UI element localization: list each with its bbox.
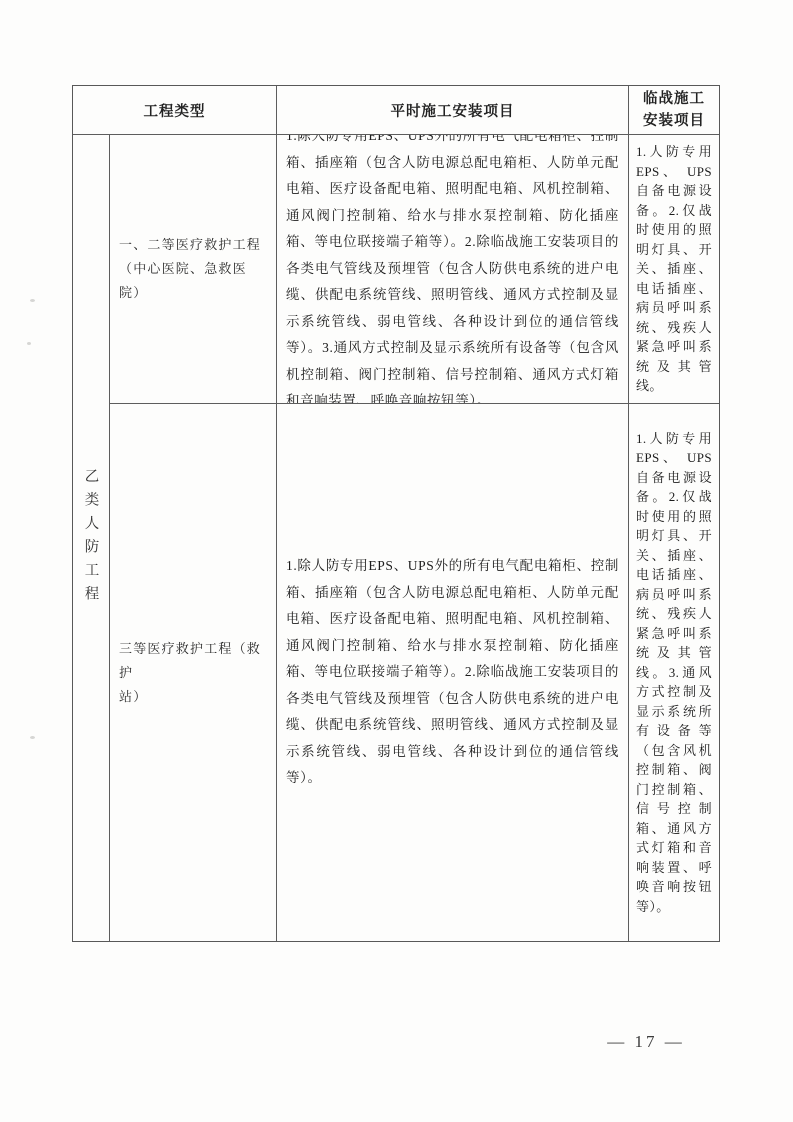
row2-peacetime-items-text: 1.除人防专用EPS、UPS外的所有电气配电箱柜、控制箱、插座箱（包含人防电源总… (286, 553, 619, 792)
row2-peacetime-items-cell: 1.除人防专用EPS、UPS外的所有电气配电箱柜、控制箱、插座箱（包含人防电源总… (277, 404, 629, 941)
category-cell-class-b-civil-defense: 乙类人防工程 (73, 135, 110, 941)
row1-peacetime-items-cell: 1.除人防专用EPS、UPS外的所有电气配电箱柜、控制箱、插座箱（包含人防电源总… (277, 135, 629, 404)
installation-items-table: 工程类型 平时施工安装项目 临战施工安装项目 乙类人防工程 一、二等医疗救护工程… (72, 85, 720, 942)
category-vertical-label: 乙类人防工程 (81, 468, 102, 609)
header-project-type: 工程类型 (73, 86, 277, 135)
scan-speck (27, 342, 31, 345)
header-peacetime-items: 平时施工安装项目 (277, 86, 629, 135)
header-prewar-items: 临战施工安装项目 (629, 86, 719, 135)
row2-prewar-items-text: 1.人防专用EPS、 UPS自备电源设备。2.仅战时使用的照明灯具、开关、插座、… (636, 429, 712, 917)
page-number: — 17 — (596, 1032, 696, 1052)
row1-prewar-items-cell: 1.人防专用EPS、 UPS自备电源设备。2.仅战时使用的照明灯具、开关、插座、… (629, 135, 719, 404)
scan-speck (30, 299, 35, 302)
row1-project-type-cell: 一、二等医疗救护工程 （中心医院、急救医院） (110, 135, 277, 404)
row1-project-type-text: 一、二等医疗救护工程 （中心医院、急救医院） (119, 233, 267, 305)
row2-prewar-items-cell: 1.人防专用EPS、 UPS自备电源设备。2.仅战时使用的照明灯具、开关、插座、… (629, 404, 719, 941)
header-prewar-items-label: 临战施工安装项目 (639, 88, 709, 133)
row1-peacetime-items-text: 1.除人防专用EPS、UPS外的所有电气配电箱柜、控制箱、插座箱（包含人防电源总… (286, 135, 619, 404)
row1-prewar-items-text: 1.人防专用EPS、 UPS自备电源设备。2.仅战时使用的照明灯具、开关、插座、… (636, 142, 712, 396)
header-project-type-label: 工程类型 (144, 100, 206, 121)
row2-project-type-text: 三等医疗救护工程（救护 站） (119, 637, 267, 709)
row2-project-type-cell: 三等医疗救护工程（救护 站） (110, 404, 277, 941)
scan-speck (30, 736, 35, 739)
document-page: 工程类型 平时施工安装项目 临战施工安装项目 乙类人防工程 一、二等医疗救护工程… (0, 0, 793, 1122)
header-peacetime-items-label: 平时施工安装项目 (391, 100, 515, 121)
